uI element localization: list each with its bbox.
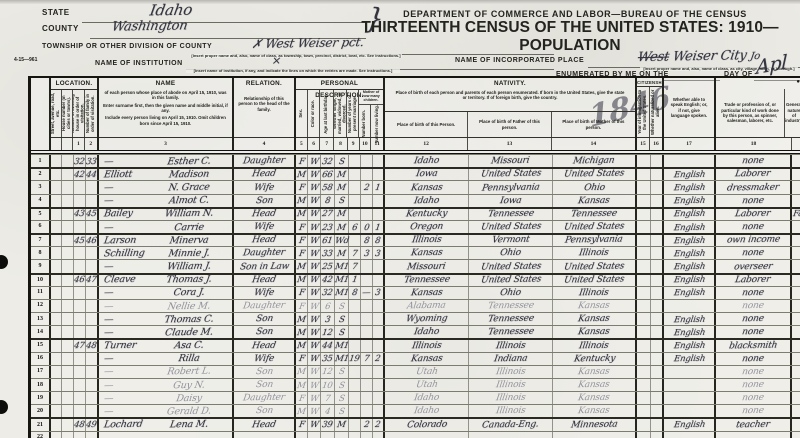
cell-born: [361, 340, 373, 351]
cell-l1: [51, 432, 62, 438]
table-row: 19—DaisyDaughterFW7SIdahoIllinoisKansasn…: [31, 391, 800, 404]
cell-age: 32: [321, 287, 335, 299]
cell-race: W: [308, 419, 321, 430]
sex-value: M: [297, 368, 307, 377]
occupation-value: blacksmith: [728, 341, 778, 351]
incorporated-value: West Weiser City Jo: [637, 48, 762, 65]
race-value: W: [309, 368, 319, 377]
cell-l2: [62, 340, 74, 351]
cell-pm: Kansas: [553, 405, 637, 417]
surname: —: [98, 367, 147, 377]
children-born-value: 3: [363, 250, 370, 259]
cell-pf: Pennsylvania: [469, 181, 553, 193]
relation-value: Wife: [253, 289, 274, 298]
given-name: Minnie J.: [145, 248, 233, 259]
cell-ln: 7: [31, 235, 51, 246]
cell-age: 7: [321, 392, 335, 404]
cell-dw: [74, 287, 86, 299]
sex-value: M: [297, 329, 307, 338]
marital-value: M: [337, 421, 347, 430]
cell-born: [361, 326, 373, 338]
birthplace-value: Kansas: [410, 354, 443, 364]
cell-pob: Idaho: [385, 155, 469, 167]
incorporated-label: NAME OF INCORPORATED PLACE: [455, 57, 584, 64]
cell-nat: [651, 432, 664, 438]
cell-rel: Daughter: [234, 392, 296, 404]
father-birthplace-value: Canada-Eng.: [482, 420, 540, 430]
cell-pob: Utah: [385, 379, 469, 391]
cell-born: [361, 300, 373, 312]
given-name: Minerva: [145, 235, 233, 246]
punch-hole: [0, 400, 8, 414]
cell-mar: Wd: [335, 235, 349, 246]
cell-ind: [792, 155, 800, 167]
cell-sex: M: [296, 405, 308, 417]
cell-fam: [86, 181, 99, 193]
cell-sex: M: [296, 340, 308, 351]
township-label: TOWNSHIP OR OTHER DIVISION OF COUNTY: [42, 43, 212, 50]
age-value: 25: [322, 263, 334, 272]
marital-value: M1: [334, 276, 349, 285]
marital-value: S: [338, 395, 345, 404]
race-value: W: [309, 263, 319, 272]
cell-l2: [62, 260, 74, 272]
cell-mar: M: [335, 209, 349, 220]
institution-mark: ×: [271, 54, 282, 67]
cell-l1: [51, 247, 62, 259]
occupation-value: none: [741, 315, 764, 324]
cell-liv: [373, 432, 385, 438]
cell-l2: [62, 221, 74, 233]
column-number: 15: [637, 138, 650, 150]
english-value: English: [673, 329, 705, 338]
cell-mar: S: [335, 405, 349, 417]
table-row: 6—CarrieWifeFW23M601OregonUnited StatesU…: [31, 220, 800, 233]
occupation-value: none: [741, 223, 764, 232]
father-birthplace-value: Illinois: [495, 394, 526, 404]
cell-age: 39: [321, 419, 335, 430]
cell-nat: [651, 300, 664, 312]
cell-fam: 33: [86, 155, 99, 167]
column-number: 12: [385, 138, 468, 150]
cell-born: [361, 169, 373, 180]
mother-birthplace-value: United States: [563, 223, 625, 233]
cell-name: —N. Grace: [99, 181, 234, 193]
cell-liv: 1: [373, 181, 385, 193]
cell-nat: [651, 379, 664, 391]
x-mark: ✗: [251, 37, 263, 51]
cell-nat: [651, 169, 664, 180]
cell-pm: [553, 432, 637, 438]
cell-name: —Guy N.: [99, 379, 234, 391]
cell-name: —Rilla: [99, 353, 234, 365]
cell-pf: Canada-Eng.: [469, 419, 553, 430]
race-value: W: [309, 237, 319, 246]
cell-nat: [651, 392, 664, 404]
cell-yrs: [349, 340, 361, 351]
cell-liv: 1: [373, 221, 385, 233]
cell-ind: [792, 300, 800, 312]
occupation-value: none: [741, 355, 764, 364]
marital-value: S: [338, 303, 345, 312]
birthplace-value: Alabama: [407, 302, 447, 312]
cell-l2: [62, 419, 74, 430]
cell-sex: F: [296, 247, 308, 259]
race-value: W: [309, 316, 319, 325]
cell-name: TurnerAsa C.: [99, 340, 234, 351]
cell-name: —Carrie: [99, 221, 234, 233]
family-number: 47: [86, 276, 98, 285]
cell-ln: 12: [31, 300, 51, 312]
cell-age: 10: [321, 379, 335, 391]
cell-pob: Oregon: [385, 221, 469, 233]
marital-value: M: [337, 171, 347, 180]
cell-nat: [651, 313, 664, 325]
race-value: W: [309, 342, 319, 351]
occupation-value: dressmaker: [726, 183, 779, 193]
cell-age: 61: [321, 235, 335, 246]
cell-imm: [637, 353, 651, 365]
cell-age: 23: [321, 221, 335, 233]
surname: Elliott: [98, 169, 147, 179]
table-row: 11—Cora J.WifeFW32M18—3KansasOhioIllinoi…: [31, 286, 800, 299]
cell-liv: [373, 366, 385, 378]
cell-rel: Wife: [234, 287, 296, 299]
cell-eng: English: [664, 247, 716, 259]
cell-ind: [792, 235, 800, 246]
sex-value: F: [298, 289, 305, 298]
cell-nat: [651, 405, 664, 417]
personal-subcol-header: Color or race.: [308, 90, 321, 137]
cell-mar: S: [335, 366, 349, 378]
cell-sex: M: [296, 313, 308, 325]
cell-yrs: [349, 366, 361, 378]
children-living-value: 1: [375, 223, 382, 232]
citizenship-subcol-header: Year of immigration to the United States…: [637, 87, 650, 137]
cell-mar: [335, 432, 349, 438]
cell-pf: Vermont: [469, 235, 553, 246]
cell-eng: English: [664, 353, 716, 365]
cell-pob: Illinois: [385, 235, 469, 246]
cell-name: [99, 432, 234, 438]
marital-value: M1: [334, 289, 349, 298]
cell-mar: M: [335, 169, 349, 180]
cell-name: ElliottMadison: [99, 169, 234, 180]
mother-birthplace-value: Ohio: [583, 183, 605, 192]
cell-born: [361, 260, 373, 272]
column-number: 10: [360, 138, 372, 150]
cell-rel: Wife: [234, 221, 296, 233]
birthplace-value: Illinois: [411, 341, 442, 351]
cell-pm: Illinois: [553, 287, 637, 299]
cell-eng: English: [664, 221, 716, 233]
cell-fam: [86, 405, 99, 417]
cell-occ: Laborer: [716, 169, 792, 180]
cell-fam: [86, 432, 99, 438]
sex-value: M: [297, 171, 307, 180]
cell-dw: [74, 432, 86, 438]
table-row: 13233—Esther C.DaughterFW32SIdahoMissour…: [31, 154, 800, 167]
birthplace-value: Idaho: [413, 407, 439, 416]
cell-liv: [373, 313, 385, 325]
cell-dw: [74, 313, 86, 325]
age-value: 27: [322, 210, 334, 219]
cell-l2: [62, 313, 74, 325]
mother-birthplace-value: Illinois: [579, 249, 610, 259]
cell-pm: Kansas: [553, 392, 637, 404]
cell-liv: [373, 300, 385, 312]
cell-l1: [51, 353, 62, 365]
cell-sex: M: [296, 169, 308, 180]
column-number: 6: [308, 138, 321, 150]
race-value: W: [309, 197, 319, 206]
cell-pob: Kentucky: [385, 209, 469, 220]
cell-pob: Idaho: [385, 326, 469, 338]
cell-liv: [373, 326, 385, 338]
family-number: 49: [86, 421, 98, 430]
occupation-value: none: [741, 289, 764, 298]
mother-children-group: Mother of how many children.Number born.…: [359, 90, 383, 137]
cell-born: [361, 195, 373, 207]
cell-ind: [792, 432, 800, 438]
cell-dw: 43: [74, 209, 86, 220]
surname: Schilling: [98, 248, 147, 258]
cell-nat: [651, 366, 664, 378]
race-value: W: [309, 276, 319, 285]
table-row: 4—Almot C.SonMW8SIdahoIowaKansasEnglishn…: [31, 194, 800, 207]
cell-name: LochardLena M.: [99, 419, 234, 430]
cell-rel: Head: [234, 419, 296, 430]
cell-ind: [792, 405, 800, 417]
cell-ind: [792, 366, 800, 378]
father-birthplace-value: Tennessee: [487, 315, 534, 325]
cell-occ: none: [716, 353, 792, 365]
given-name: Nellie M.: [145, 301, 233, 312]
date-scrawl: Apl: [756, 51, 788, 79]
father-birthplace-value: United States: [480, 223, 542, 233]
relation-value: Head: [251, 170, 276, 179]
cell-imm: [637, 313, 651, 325]
cell-fam: 47: [86, 275, 99, 286]
citizenship-subcol-header: Whether naturalized or alien.: [650, 87, 662, 137]
cell-dw: 45: [74, 235, 86, 246]
cell-pf: United States: [469, 275, 553, 286]
personal-subcol-header: Sex.: [296, 90, 308, 137]
cell-ln: 16: [31, 353, 51, 365]
sex-value: M: [297, 276, 307, 285]
father-birthplace-value: Indiana: [493, 354, 528, 364]
cell-dw: 48: [74, 419, 86, 430]
table-row: 54345BaileyWilliam N.HeadMW27MKentuckyTe…: [31, 207, 800, 220]
cell-sex: M: [296, 326, 308, 338]
column-number: 17: [664, 138, 714, 150]
cell-eng: English: [664, 169, 716, 180]
cell-imm: [637, 169, 651, 180]
cell-fam: [86, 366, 99, 378]
cell-fam: 45: [86, 209, 99, 220]
cell-imm: [637, 275, 651, 286]
cell-fam: 46: [86, 235, 99, 246]
table-row: 74546LarsonMinervaHeadFW61Wd88IllinoisVe…: [31, 233, 800, 246]
cell-l2: [62, 275, 74, 286]
column-number: 2: [85, 138, 97, 150]
cell-ln: 19: [31, 392, 51, 404]
father-birthplace-value: Tennessee: [487, 209, 534, 219]
occupation-value: none: [741, 249, 764, 258]
cell-mar: M: [335, 181, 349, 193]
surname: Larson: [98, 235, 147, 245]
cell-rel: Son: [234, 405, 296, 417]
age-value: 58: [322, 184, 334, 193]
cell-imm: [637, 155, 651, 167]
relation-value: Son: [255, 328, 273, 337]
occupation-value: none: [741, 368, 764, 377]
occupation-value: none: [741, 302, 764, 311]
cell-imm: [637, 340, 651, 351]
age-value: 4: [324, 408, 331, 417]
location-subcol-header: Street, avenue, road, etc.: [51, 90, 62, 137]
location-subcol-header: Number of family in order of visitation.: [85, 90, 97, 137]
cell-mar: S: [335, 379, 349, 391]
marital-value: S: [338, 197, 345, 206]
age-value: 23: [322, 223, 334, 232]
cell-ln: 21: [31, 419, 51, 430]
cell-age: [321, 432, 335, 438]
cell-nat: [651, 181, 664, 193]
column-number: 3: [99, 138, 232, 150]
dwelling-number: 32: [74, 158, 86, 167]
cell-race: W: [308, 392, 321, 404]
race-value: W: [309, 158, 319, 167]
race-value: W: [309, 329, 319, 338]
table-row: 14—Claude M.SonMW12SIdahoTennesseeKansas…: [31, 325, 800, 338]
cell-ind: [792, 275, 800, 286]
years-married-value: 7: [351, 250, 358, 259]
race-value: W: [309, 395, 319, 404]
dwelling-number: 48: [74, 421, 86, 430]
cell-l2: [62, 300, 74, 312]
race-value: W: [309, 223, 319, 232]
cell-age: 6: [321, 300, 335, 312]
relation-value: Wife: [253, 183, 274, 192]
cell-born: [361, 432, 373, 438]
cell-yrs: [349, 419, 361, 430]
column-number: [62, 138, 74, 150]
marital-value: S: [338, 368, 345, 377]
cell-race: W: [308, 379, 321, 391]
cell-ln: 22: [31, 432, 51, 438]
father-birthplace-value: Tennessee: [487, 302, 534, 312]
race-value: W: [309, 171, 319, 180]
cell-occ: none: [716, 155, 792, 167]
father-birthplace-value: Ohio: [499, 289, 521, 298]
occupation-desc: Trade or profession of, or particular ki…: [716, 89, 785, 137]
cell-ln: 8: [31, 247, 51, 259]
surname: —: [98, 262, 147, 272]
cell-race: W: [308, 235, 321, 246]
cell-sex: F: [296, 353, 308, 365]
children-living-value: 8: [375, 237, 382, 246]
cell-occ: teacher: [716, 419, 792, 430]
english-value: English: [673, 223, 705, 232]
relation-value: Daughter: [242, 302, 285, 312]
mother-birthplace-value: Kansas: [578, 315, 611, 325]
column-number: [792, 138, 800, 150]
cell-pf: Ohio: [469, 247, 553, 259]
cell-occ: none: [716, 195, 792, 207]
cell-ind: [792, 353, 800, 365]
birthplace-value: Idaho: [413, 157, 439, 166]
race-value: W: [309, 210, 319, 219]
relation-value: Son: [255, 381, 273, 390]
cell-pm: Kansas: [553, 313, 637, 325]
cell-l2: [62, 379, 74, 391]
cell-dw: [74, 405, 86, 417]
cell-mar: M1: [335, 353, 349, 365]
birthplace-value: Idaho: [413, 328, 439, 337]
age-value: 3: [324, 316, 331, 325]
line-number-column-header: [31, 78, 51, 150]
children-living-value: 2: [375, 421, 382, 430]
surname: —: [98, 288, 147, 298]
occupation-value: Laborer: [735, 210, 772, 220]
cell-liv: 8: [373, 235, 385, 246]
cell-born: [361, 379, 373, 391]
father-birthplace-value: Ohio: [499, 249, 521, 258]
cell-pm: United States: [553, 221, 637, 233]
cell-sex: F: [296, 287, 308, 299]
cell-yrs: [349, 392, 361, 404]
cell-occ: none: [716, 405, 792, 417]
occupation-value: none: [741, 407, 764, 416]
census-sheet-scan: 4-15—961 STATE Idaho COUNTY Washington }…: [0, 0, 800, 438]
column-number: 9: [348, 138, 360, 150]
cell-l1: [51, 221, 62, 233]
occupation-value: none: [741, 381, 764, 390]
english-column-group: Whether able to speak English; or, if no…: [664, 78, 716, 150]
cell-liv: [373, 169, 385, 180]
cell-sex: F: [296, 419, 308, 430]
father-birthplace-value: Iowa: [499, 197, 522, 206]
english-desc: Whether able to speak English; or, if no…: [664, 97, 714, 118]
cell-eng: English: [664, 260, 716, 272]
cell-imm: [637, 419, 651, 430]
family-number: 45: [86, 210, 98, 219]
birthplace-value: Idaho: [413, 394, 439, 403]
cell-ind: [792, 419, 800, 430]
cell-eng: English: [664, 195, 716, 207]
cell-pob: Idaho: [385, 405, 469, 417]
punch-hole: [0, 255, 8, 269]
table-row: 12—Nellie M.DaughterFW6SAlabamaTennessee…: [31, 299, 800, 312]
cell-nat: [651, 326, 664, 338]
cell-pm: Tennessee: [553, 209, 637, 220]
relation-value: Son: [255, 197, 273, 206]
cell-name: —Claude M.: [99, 326, 234, 338]
cell-dw: [74, 366, 86, 378]
mother-birthplace-value: Minnesota: [570, 420, 618, 430]
cell-dw: [74, 221, 86, 233]
cell-born: [361, 275, 373, 286]
cell-pob: Kansas: [385, 287, 469, 299]
department-line: DEPARTMENT OF COMMERCE AND LABOR—BUREAU …: [350, 9, 800, 19]
cell-l2: [62, 195, 74, 207]
cell-yrs: [349, 235, 361, 246]
cell-pm: Kansas: [553, 195, 637, 207]
cell-l1: [51, 287, 62, 299]
cell-ln: 6: [31, 221, 51, 233]
english-value: English: [673, 263, 705, 272]
